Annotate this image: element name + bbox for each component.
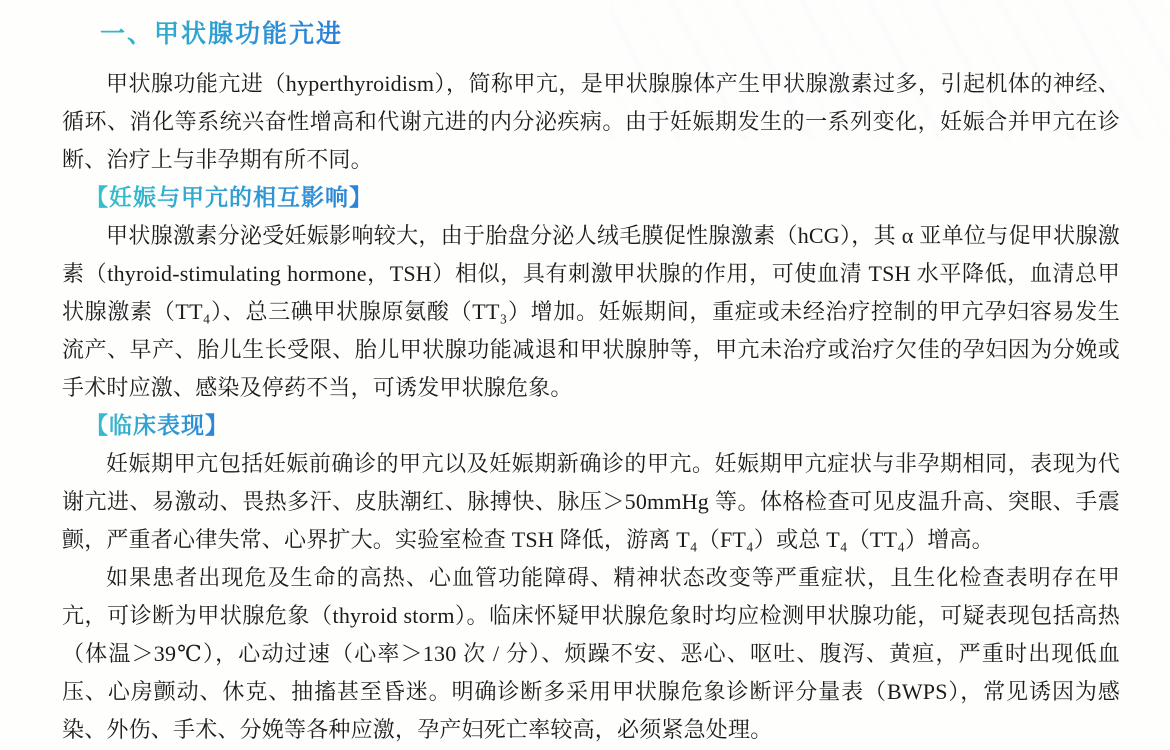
subsection-heading-clinical-manifestations: 【临床表现】 xyxy=(85,407,229,445)
intro-paragraph: 甲状腺功能亢进（hyperthyroidism），简称甲亢，是甲状腺腺体产生甲状… xyxy=(62,65,1120,179)
pregnancy-interaction-paragraph: 甲状腺激素分泌受妊娠影响较大，由于胎盘分泌人绒毛膜促性腺激素（hCG），其 α … xyxy=(62,217,1120,407)
subsection-heading-pregnancy-interaction: 【妊娠与甲亢的相互影响】 xyxy=(85,179,373,217)
section-heading-hyperthyroidism: 一、甲状腺功能亢进 xyxy=(100,14,343,50)
textbook-page: 一、甲状腺功能亢进 甲状腺功能亢进（hyperthyroidism），简称甲亢，… xyxy=(0,0,1170,750)
clinical-manifestations-paragraph-1: 妊娠期甲亢包括妊娠前确诊的甲亢以及妊娠期新确诊的甲亢。妊娠期甲亢症状与非孕期相同… xyxy=(62,445,1120,559)
clinical-manifestations-paragraph-2: 如果患者出现危及生命的高热、心血管功能障碍、精神状态改变等严重症状，且生化检查表… xyxy=(62,559,1120,749)
